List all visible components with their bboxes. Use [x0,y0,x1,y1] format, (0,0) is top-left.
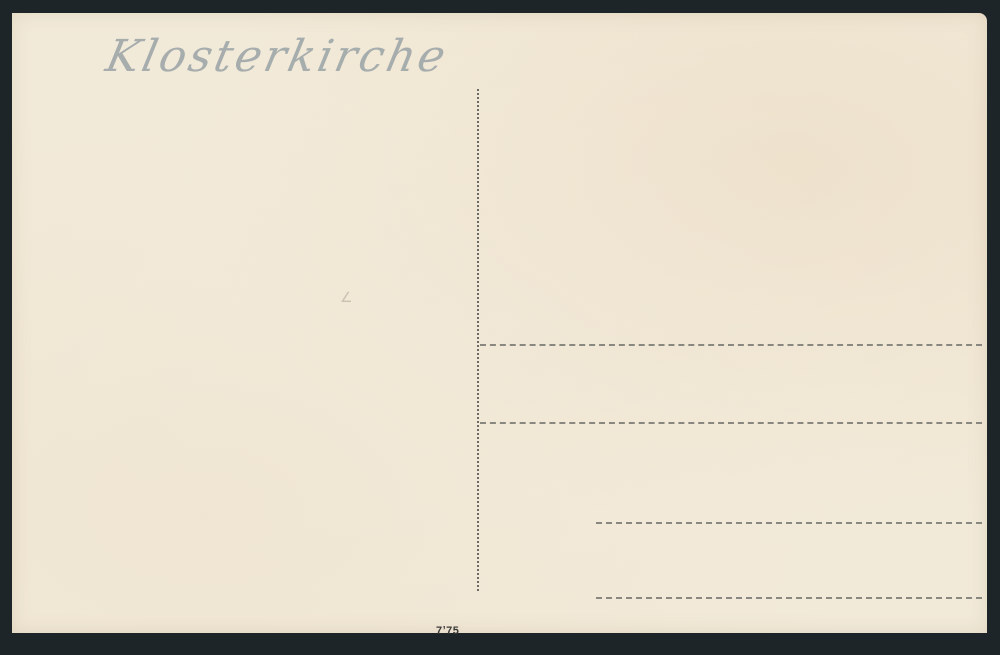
address-line-3 [596,522,982,524]
postcard-back: Klosterkirche ∠ [12,13,987,633]
address-line-4 [596,597,982,599]
print-code: 7ʼ75 [436,625,459,637]
address-line-1 [480,344,982,346]
address-line-2 [480,422,982,424]
pencil-mark: ∠ [340,289,353,306]
vertical-divider [477,89,479,591]
handwritten-note: Klosterkirche [102,31,453,82]
